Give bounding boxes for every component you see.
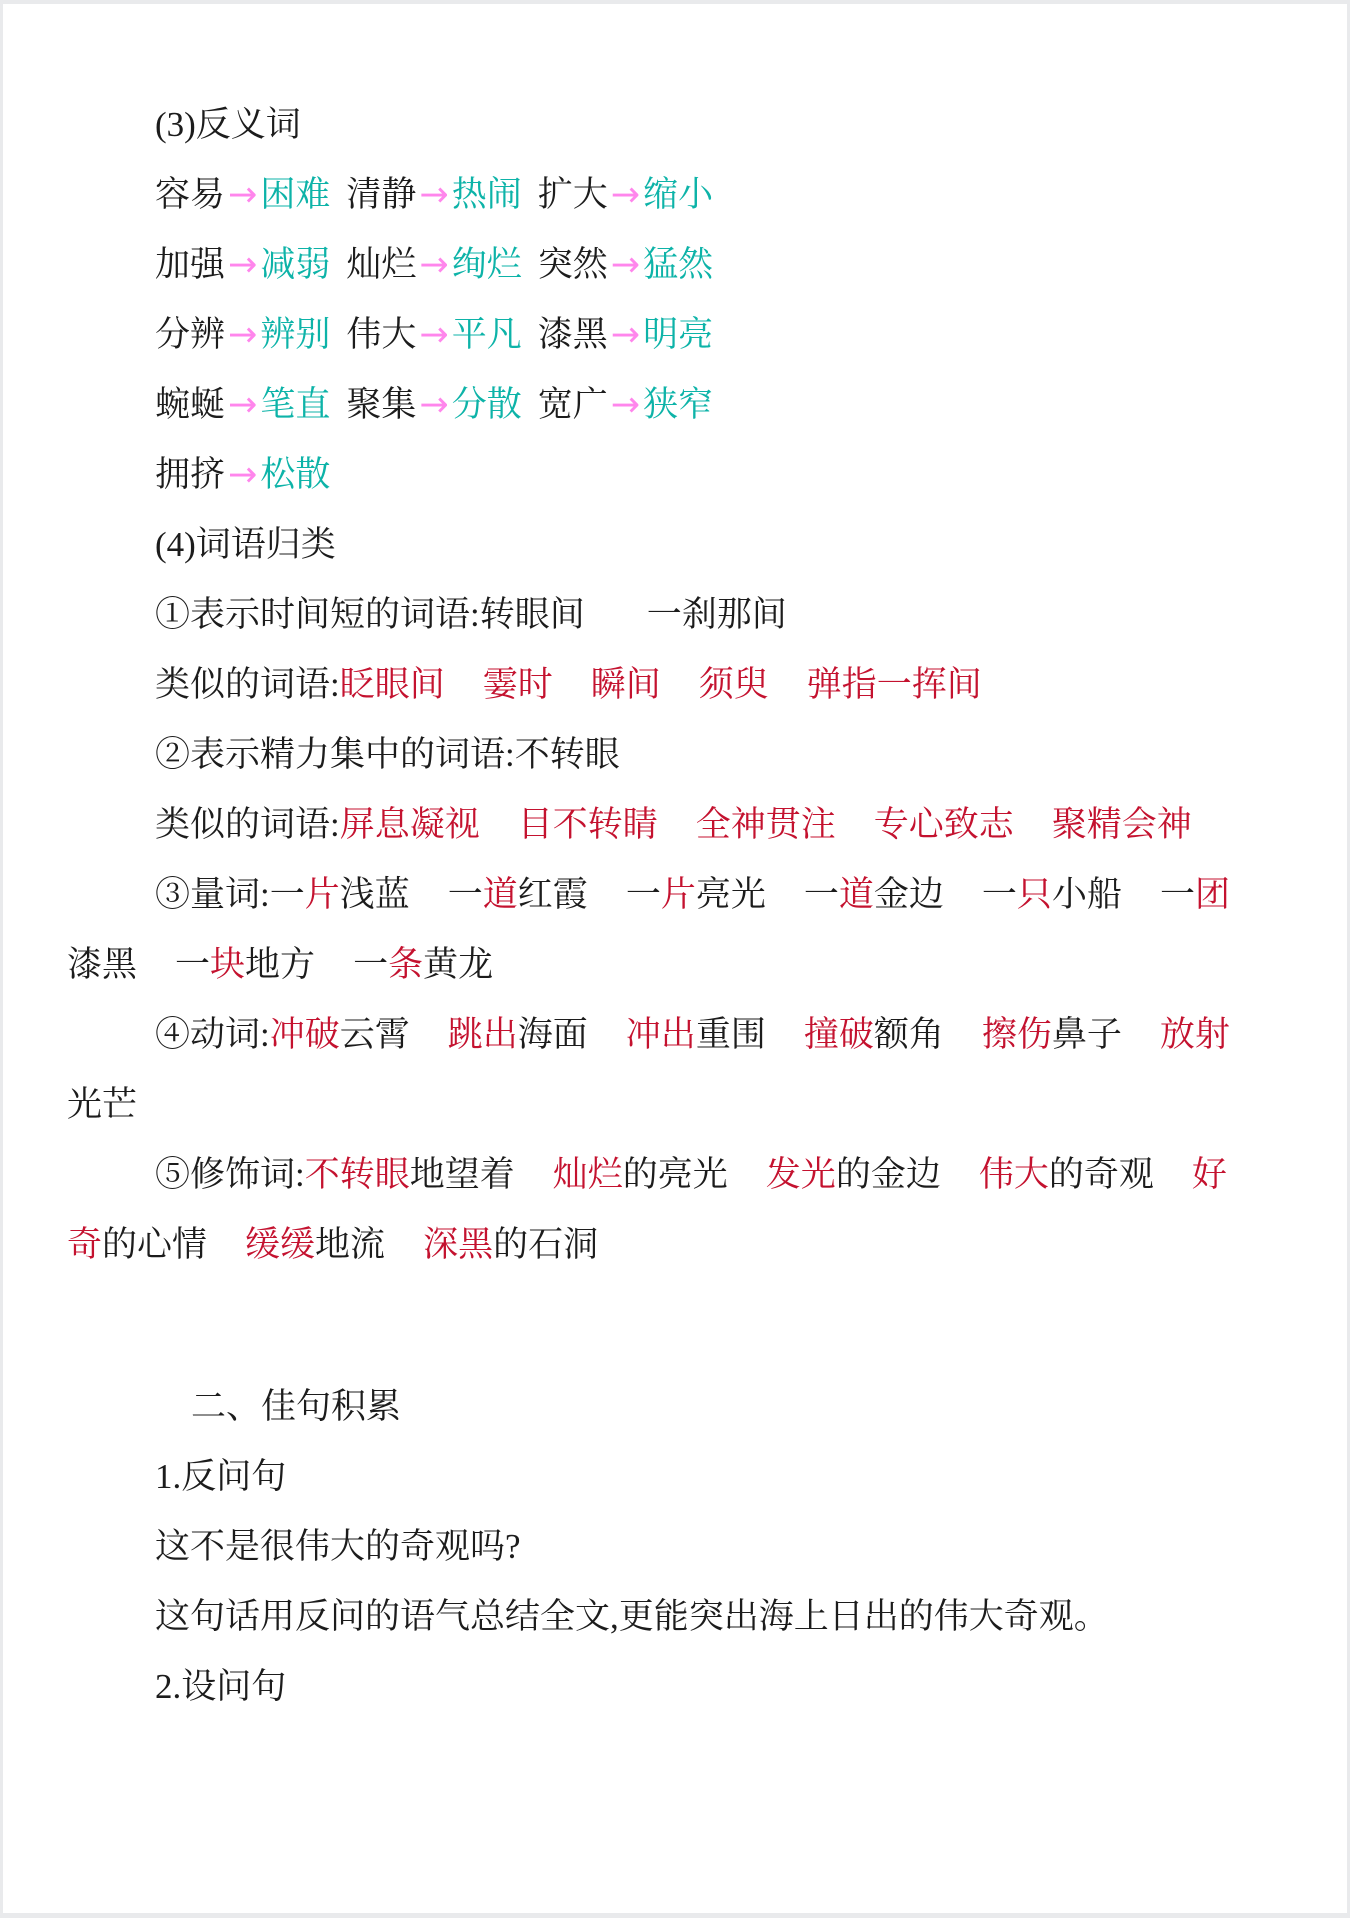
text-line: ②表示精力集中的词语:不转眼 (67, 720, 1283, 790)
text-segment: 发光 (766, 1155, 836, 1194)
antonym-row: 加强→减弱灿烂→绚烂突然→猛然 (67, 230, 1283, 300)
text-line: ⑤修饰词:不转眼地望着灿烂的亮光发光的金边伟大的奇观好 (67, 1140, 1283, 1210)
text-line: 奇的心情缓缓地流深黑的石洞 (67, 1210, 1283, 1280)
text-segment: 道 (483, 875, 518, 914)
text-segment: (3)反义词 (155, 105, 301, 144)
text-segment: 条 (388, 945, 423, 984)
text-segment: 眨眼间 (340, 665, 445, 704)
text-line: 这句话用反问的语气总结全文,更能突出海上日出的伟大奇观。 (67, 1582, 1283, 1652)
text-segment: 云霄 (340, 1015, 410, 1054)
antonym-word-right: 平凡 (452, 315, 522, 354)
antonym-word-left: 分辨 (155, 315, 225, 354)
text-line: ③量词:一片浅蓝一道红霞一片亮光一道金边一只小船一团 (67, 860, 1283, 930)
text-segment: 鼻子 (1052, 1015, 1122, 1054)
antonym-pair: 分辨→辨别 (155, 300, 330, 370)
document-content: (3)反义词容易→困难清静→热闹扩大→缩小加强→减弱灿烂→绚烂突然→猛然分辨→辨… (3, 4, 1347, 1722)
text-segment: 二、佳句积累 (191, 1387, 401, 1426)
antonym-word-left: 伟大 (346, 315, 416, 354)
text-segment: 地方 (245, 945, 315, 984)
text-segment: 一 (982, 875, 1017, 914)
text-segment: ①表示时间短的词语:转眼间 (155, 595, 585, 634)
text-segment: 重围 (696, 1015, 766, 1054)
antonym-pair: 拥挤→松散 (155, 440, 330, 510)
antonym-pair: 扩大→缩小 (538, 160, 713, 230)
antonym-word-left: 加强 (155, 245, 225, 284)
text-segment: 类似的词语: (155, 805, 340, 844)
antonym-pair: 清静→热闹 (346, 160, 521, 230)
text-segment: 灿烂 (553, 1155, 623, 1194)
antonym-word-right: 辨别 (260, 315, 330, 354)
text-segment: 深黑 (423, 1225, 493, 1264)
antonym-pair: 突然→猛然 (538, 230, 713, 300)
text-segment: 海面 (518, 1015, 588, 1054)
arrow-right-icon: → (419, 385, 448, 425)
antonym-row: 分辨→辨别伟大→平凡漆黑→明亮 (67, 300, 1283, 370)
antonym-row: 容易→困难清静→热闹扩大→缩小 (67, 160, 1283, 230)
antonym-word-right: 缩小 (643, 175, 713, 214)
text-segment: 撞破 (804, 1015, 874, 1054)
antonym-word-right: 减弱 (260, 245, 330, 284)
text-segment: 弹指一挥间 (807, 665, 982, 704)
arrow-right-icon: → (419, 315, 448, 355)
text-segment: 跳出 (448, 1015, 518, 1054)
text-segment: 片 (305, 875, 340, 914)
arrow-right-icon: → (611, 385, 640, 425)
text-segment: 冲出 (626, 1015, 696, 1054)
text-segment: 目不转睛 (518, 805, 658, 844)
antonym-row: 拥挤→松散 (67, 440, 1283, 510)
arrow-right-icon: → (228, 175, 257, 215)
text-segment: 类似的词语: (155, 665, 340, 704)
text-segment: 霎时 (483, 665, 553, 704)
text-segment: 黄龙 (423, 945, 493, 984)
antonym-word-left: 聚集 (346, 385, 416, 424)
arrow-right-icon: → (419, 245, 448, 285)
antonym-word-left: 灿烂 (346, 245, 416, 284)
text-segment: (4)词语归类 (155, 525, 336, 564)
arrow-right-icon: → (611, 245, 640, 285)
antonym-word-right: 分散 (452, 385, 522, 424)
arrow-right-icon: → (228, 245, 257, 285)
text-segment: 团 (1195, 875, 1230, 914)
antonym-word-right: 猛然 (643, 245, 713, 284)
text-line: 类似的词语:眨眼间霎时瞬间须臾弹指一挥间 (67, 650, 1283, 720)
text-segment: 擦伤 (982, 1015, 1052, 1054)
antonym-word-left: 拥挤 (155, 455, 225, 494)
antonym-word-right: 热闹 (452, 175, 522, 214)
section-heading: (4)词语归类 (67, 510, 1283, 580)
text-segment: 一 (804, 875, 839, 914)
arrow-right-icon: → (611, 315, 640, 355)
text-segment: 不转眼 (305, 1155, 410, 1194)
text-segment: 红霞 (518, 875, 588, 914)
antonym-word-left: 容易 (155, 175, 225, 214)
text-segment: 一 (626, 875, 661, 914)
text-segment: 浅蓝 (340, 875, 410, 914)
text-segment: 这句话用反问的语气总结全文,更能突出海上日出的伟大奇观。 (155, 1597, 1109, 1636)
text-line: 类似的词语:屏息凝视目不转睛全神贯注专心致志聚精会神 (67, 790, 1283, 860)
arrow-right-icon: → (228, 385, 257, 425)
text-segment: 2.设问句 (155, 1667, 286, 1706)
text-segment: 额角 (874, 1015, 944, 1054)
text-segment: 好 (1192, 1155, 1227, 1194)
text-segment: 漆黑 (67, 945, 137, 984)
antonym-pair: 容易→困难 (155, 160, 330, 230)
antonym-pair: 伟大→平凡 (346, 300, 521, 370)
text-line: ④动词:冲破云霄跳出海面冲出重围撞破额角擦伤鼻子放射 (67, 1000, 1283, 1070)
document-page: (3)反义词容易→困难清静→热闹扩大→缩小加强→减弱灿烂→绚烂突然→猛然分辨→辨… (3, 4, 1347, 1913)
text-segment: 一 (353, 945, 388, 984)
text-segment: 奇 (67, 1225, 102, 1264)
text-segment: 这不是很伟大的奇观吗? (155, 1527, 521, 1566)
text-line: ①表示时间短的词语:转眼间一刹那间 (67, 580, 1283, 650)
antonym-pair: 灿烂→绚烂 (346, 230, 521, 300)
antonym-row: 蜿蜒→笔直聚集→分散宽广→狭窄 (67, 370, 1283, 440)
text-segment: 只 (1017, 875, 1052, 914)
text-line: 2.设问句 (67, 1652, 1283, 1722)
text-segment: 缓缓 (245, 1225, 315, 1264)
text-segment: 1.反问句 (155, 1457, 286, 1496)
antonym-pair: 蜿蜒→笔直 (155, 370, 330, 440)
text-segment: 一 (175, 945, 210, 984)
text-segment: 一 (1160, 875, 1195, 914)
antonym-pair: 加强→减弱 (155, 230, 330, 300)
text-segment: 一 (448, 875, 483, 914)
arrow-right-icon: → (611, 175, 640, 215)
text-segment: 亮光 (696, 875, 766, 914)
antonym-word-right: 困难 (260, 175, 330, 214)
text-segment: 瞬间 (591, 665, 661, 704)
text-segment: 块 (210, 945, 245, 984)
arrow-right-icon: → (228, 455, 257, 495)
text-segment: 屏息凝视 (340, 805, 480, 844)
antonym-pair: 漆黑→明亮 (538, 300, 713, 370)
antonym-word-left: 宽广 (538, 385, 608, 424)
antonym-pair: 宽广→狭窄 (538, 370, 713, 440)
antonym-word-left: 扩大 (538, 175, 608, 214)
text-segment: ③量词:一 (155, 875, 305, 914)
text-segment: ⑤修饰词: (155, 1155, 305, 1194)
arrow-right-icon: → (419, 175, 448, 215)
text-segment: 的奇观 (1049, 1155, 1154, 1194)
text-segment: 地望着 (410, 1155, 515, 1194)
antonym-pair: 聚集→分散 (346, 370, 521, 440)
text-segment: 小船 (1052, 875, 1122, 914)
text-segment: 道 (839, 875, 874, 914)
antonym-word-left: 突然 (538, 245, 608, 284)
text-segment: 片 (661, 875, 696, 914)
text-segment: 的金边 (836, 1155, 941, 1194)
text-segment: 须臾 (699, 665, 769, 704)
text-segment: 的石洞 (493, 1225, 598, 1264)
text-segment: 地流 (315, 1225, 385, 1264)
antonym-word-right: 明亮 (643, 315, 713, 354)
text-segment: 的亮光 (623, 1155, 728, 1194)
vertical-spacer (67, 1280, 1283, 1372)
text-segment: 一刹那间 (647, 595, 787, 634)
text-segment: ④动词: (155, 1015, 270, 1054)
antonym-word-right: 狭窄 (643, 385, 713, 424)
text-segment: 聚精会神 (1052, 805, 1192, 844)
section-heading: (3)反义词 (67, 90, 1283, 160)
antonym-word-right: 笔直 (260, 385, 330, 424)
text-line: 光芒 (67, 1070, 1283, 1140)
text-segment: 冲破 (270, 1015, 340, 1054)
antonym-word-right: 绚烂 (452, 245, 522, 284)
text-line: 1.反问句 (67, 1442, 1283, 1512)
antonym-word-left: 漆黑 (538, 315, 608, 354)
text-segment: 光芒 (67, 1085, 137, 1124)
text-segment: ②表示精力集中的词语:不转眼 (155, 735, 620, 774)
section-heading: 二、佳句积累 (67, 1372, 1283, 1442)
arrow-right-icon: → (228, 315, 257, 355)
antonym-word-left: 清静 (346, 175, 416, 214)
text-line: 漆黑一块地方一条黄龙 (67, 930, 1283, 1000)
text-segment: 金边 (874, 875, 944, 914)
text-segment: 全神贯注 (696, 805, 836, 844)
antonym-word-right: 松散 (260, 455, 330, 494)
antonym-word-left: 蜿蜒 (155, 385, 225, 424)
text-line: 这不是很伟大的奇观吗? (67, 1512, 1283, 1582)
text-segment: 放射 (1160, 1015, 1230, 1054)
text-segment: 的心情 (102, 1225, 207, 1264)
text-segment: 专心致志 (874, 805, 1014, 844)
text-segment: 伟大 (979, 1155, 1049, 1194)
